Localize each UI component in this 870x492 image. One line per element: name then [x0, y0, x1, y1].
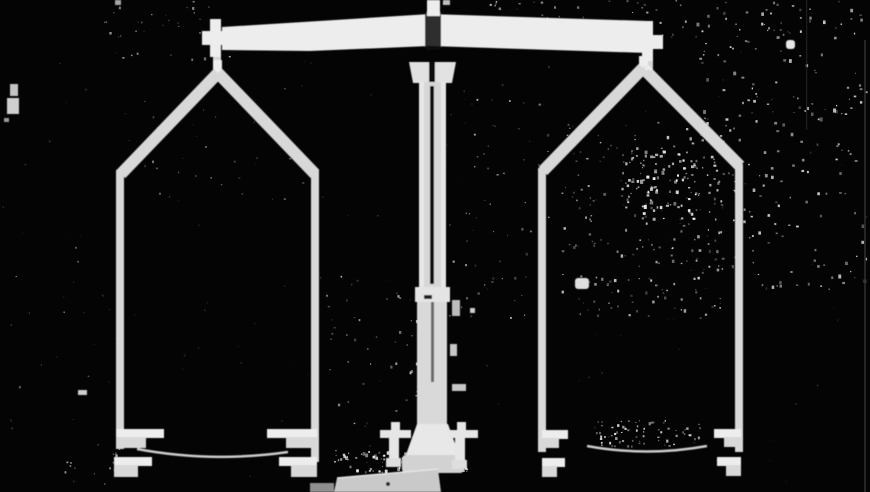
artifact-column-right-2 [450, 344, 457, 356]
base-board-speck [386, 482, 390, 486]
collar-notch [424, 295, 432, 299]
right-upper-streak [806, 0, 807, 130]
column-right-highlight [441, 82, 446, 288]
balance-scale-photo: High-contrast black-and-white photograph… [0, 0, 870, 492]
dust-blob-left-edge-3 [4, 118, 9, 122]
dust-blob-left-edge-2 [7, 98, 19, 114]
right-edge-streak [864, 40, 866, 492]
dust-top-left [115, 0, 121, 5]
artifact-column-right-3 [452, 384, 466, 391]
dust-blob-right-hanger [575, 278, 589, 289]
dust-dash-left [78, 390, 87, 395]
column-collar [415, 287, 450, 302]
dust-blob-left-edge-1 [10, 84, 18, 96]
pointer-needle-faint [431, 302, 434, 382]
dust-blob-upper-right [786, 40, 795, 49]
artifact-column-right-1 [452, 300, 460, 316]
photo-canvas: High-contrast black-and-white photograph… [0, 0, 870, 492]
pointer-needle [430, 86, 434, 284]
base-board-side-patch [310, 483, 334, 492]
artifact-column-right-4 [470, 308, 475, 313]
pillar-cap-slot [429, 62, 435, 83]
column-left-highlight [419, 82, 424, 288]
beam-pivot-shadow [425, 12, 441, 50]
beam-post-nub [443, 0, 450, 5]
beam-center-post [427, 0, 440, 16]
